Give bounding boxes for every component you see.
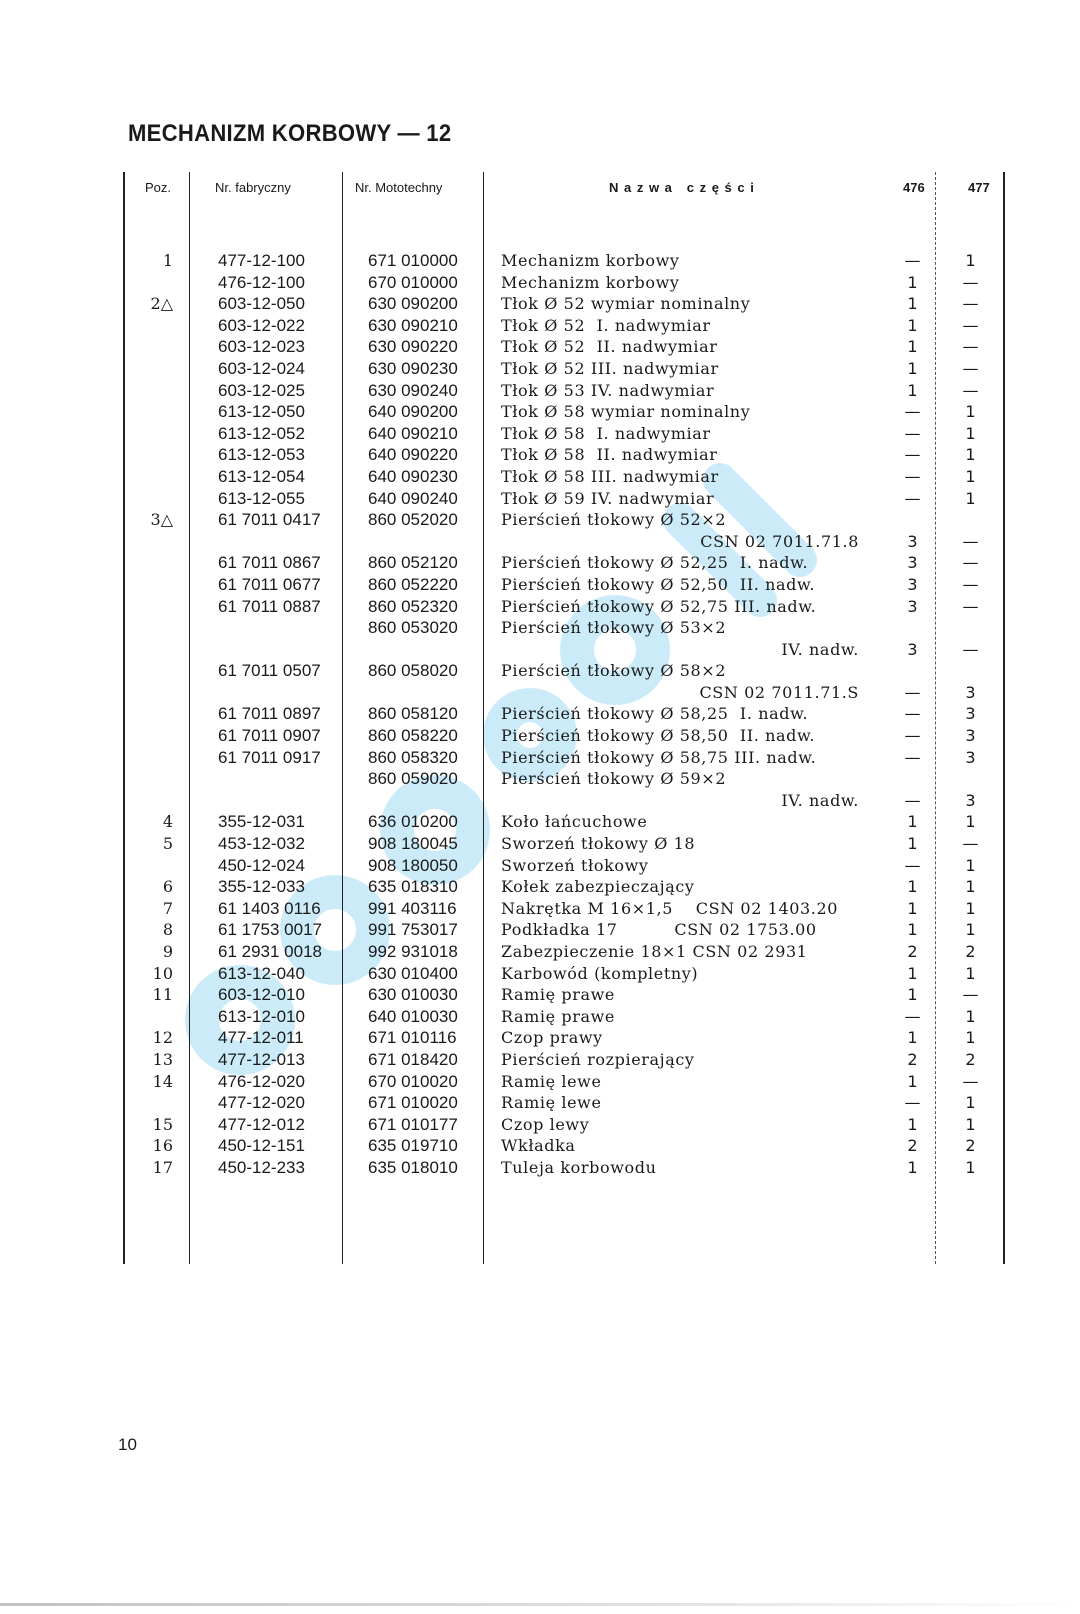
parts-table: Poz. Nr. fabryczny Nr. Mototechny N a z … [123, 172, 1005, 1264]
table-row: 761 1403 0116991 403116Nakrętka M 16×1,5… [123, 898, 1005, 920]
table-row: 4355-12-031636 010200Koło łańcuchowe11 [123, 811, 1005, 833]
cell-nr-fabryczny: 603-12-010 [218, 984, 305, 1006]
cell-qty-476: 3 [895, 574, 930, 596]
cell-nr-fabryczny: 355-12-031 [218, 811, 305, 833]
cell-qty-476: — [895, 682, 930, 704]
cell-qty-476: 2 [895, 1135, 930, 1157]
cell-poz: 1 [123, 250, 173, 272]
cell-nr-mototechny: 635 018010 [368, 1157, 458, 1179]
cell-qty-476: 1 [895, 1114, 930, 1136]
cell-qty-476: 1 [895, 833, 930, 855]
cell-qty-477: 1 [953, 423, 988, 445]
table-row: 16450-12-151635 019710Wkładka22 [123, 1135, 1005, 1157]
cell-nr-mototechny: 860 058020 [368, 660, 458, 682]
cell-qty-477: 1 [953, 919, 988, 941]
cell-nr-mototechny: 860 053020 [368, 617, 458, 639]
cell-qty-477: 3 [953, 747, 988, 769]
table-row: 13477-12-013671 018420Pierścień rozpiera… [123, 1049, 1005, 1071]
cell-nazwa: Pierścień tłokowy Ø 53×2 [501, 617, 726, 639]
cell-nazwa: Tłok Ø 58 II. nadwymiar [501, 444, 718, 466]
cell-nr-mototechny: 630 010400 [368, 963, 458, 985]
cell-qty-477: — [953, 574, 988, 596]
cell-nr-mototechny: 630 090220 [368, 336, 458, 358]
cell-nazwa: Tłok Ø 59 IV. nadwymiar [501, 488, 714, 510]
cell-poz: 3△ [123, 509, 173, 531]
cell-nr-fabryczny: 613-12-054 [218, 466, 305, 488]
cell-nazwa: Pierścień tłokowy Ø 52,50 II. nadw. [501, 574, 815, 596]
cell-nr-fabryczny: 613-12-010 [218, 1006, 305, 1028]
cell-nr-fabryczny: 453-12-032 [218, 833, 305, 855]
cell-nr-mototechny: 991 753017 [368, 919, 458, 941]
cell-qty-477: — [953, 596, 988, 618]
cell-nazwa: Ramię lewe [501, 1092, 602, 1114]
cell-nr-mototechny: 670 010020 [368, 1071, 458, 1093]
table-row: 613-12-050640 090200Tłok Ø 58 wymiar nom… [123, 401, 1005, 423]
cell-qty-476: — [895, 855, 930, 877]
table-row: 476-12-100670 010000Mechanizm korbowy1— [123, 272, 1005, 294]
cell-nr-mototechny: 991 403116 [368, 898, 457, 920]
cell-nazwa: Nakrętka M 16×1,5 CSN 02 1403.20 [501, 898, 838, 920]
cell-nazwa: Pierścień tłokowy Ø 58,75 III. nadw. [501, 747, 816, 769]
cell-nr-fabryczny: 477-12-013 [218, 1049, 305, 1071]
cell-qty-477: — [953, 833, 988, 855]
cell-qty-477: 3 [953, 703, 988, 725]
cell-nazwa: Sworzeń tłokowy Ø 18 [501, 833, 695, 855]
cell-nazwa: Pierścień tłokowy Ø 52×2 [501, 509, 726, 531]
cell-nazwa: Koło łańcuchowe [501, 811, 647, 833]
cell-qty-476: — [895, 703, 930, 725]
cell-nr-mototechny: 860 052220 [368, 574, 458, 596]
cell-qty-476: 1 [895, 272, 930, 294]
cell-nr-fabryczny: 61 2931 0018 [218, 941, 322, 963]
scan-edge [0, 1603, 1080, 1606]
cell-poz: 16 [123, 1135, 173, 1157]
cell-nr-fabryczny: 61 7011 0507 [218, 660, 321, 682]
cell-nr-fabryczny: 61 7011 0677 [218, 574, 321, 596]
cell-nazwa: Tłok Ø 58 I. nadwymiar [501, 423, 711, 445]
cell-qty-477: — [953, 639, 988, 661]
table-row: IV. nadw.3— [123, 639, 1005, 661]
cell-nazwa: CSN 02 7011.71.S [699, 682, 859, 704]
cell-poz: 14 [123, 1071, 173, 1093]
table-row: 15477-12-012671 010177Czop lewy11 [123, 1114, 1005, 1136]
table-row: 61 7011 0907860 058220Pierścień tłokowy … [123, 725, 1005, 747]
table-row: CSN 02 7011.71.S—3 [123, 682, 1005, 704]
cell-qty-476: 1 [895, 876, 930, 898]
cell-qty-477: 3 [953, 790, 988, 812]
cell-nr-mototechny: 640 090210 [368, 423, 458, 445]
cell-nazwa: CSN 02 7011.71.8 [700, 531, 859, 553]
cell-nazwa: Tłok Ø 52 III. nadwymiar [501, 358, 719, 380]
cell-poz: 11 [123, 984, 173, 1006]
cell-nazwa: Tłok Ø 53 IV. nadwymiar [501, 380, 714, 402]
page-number: 10 [118, 1435, 137, 1455]
cell-qty-477: 1 [953, 250, 988, 272]
cell-nazwa: Pierścień tłokowy Ø 58,25 I. nadw. [501, 703, 808, 725]
cell-nr-fabryczny: 603-12-022 [218, 315, 305, 337]
table-row: 1477-12-100671 010000Mechanizm korbowy—1 [123, 250, 1005, 272]
cell-nr-mototechny: 635 019710 [368, 1135, 458, 1157]
cell-poz: 17 [123, 1157, 173, 1179]
table-row: 61 7011 0507860 058020Pierścień tłokowy … [123, 660, 1005, 682]
cell-qty-477: 1 [953, 898, 988, 920]
cell-poz: 2△ [123, 293, 173, 315]
cell-qty-476: 1 [895, 984, 930, 1006]
cell-nr-fabryczny: 477-12-020 [218, 1092, 305, 1114]
cell-nr-mototechny: 860 058320 [368, 747, 458, 769]
cell-qty-476: 3 [895, 531, 930, 553]
cell-qty-476: — [895, 725, 930, 747]
cell-qty-477: 1 [953, 1114, 988, 1136]
cell-qty-476: 3 [895, 639, 930, 661]
cell-nr-mototechny: 630 090230 [368, 358, 458, 380]
cell-qty-477: 1 [953, 1157, 988, 1179]
cell-nr-fabryczny: 477-12-011 [218, 1027, 304, 1049]
cell-nazwa: Tłok Ø 52 II. nadwymiar [501, 336, 718, 358]
cell-qty-477: — [953, 358, 988, 380]
cell-nazwa: IV. nadw. [781, 639, 859, 661]
cell-qty-477: 1 [953, 488, 988, 510]
cell-nr-fabryczny: 61 1403 0116 [218, 898, 321, 920]
header-nr-fabryczny: Nr. fabryczny [215, 180, 291, 195]
cell-nazwa: Czop lewy [501, 1114, 589, 1136]
header-poz: Poz. [145, 180, 171, 195]
cell-qty-476: 1 [895, 380, 930, 402]
cell-nr-fabryczny: 477-12-100 [218, 250, 305, 272]
cell-nazwa: IV. nadw. [781, 790, 859, 812]
cell-qty-476: 1 [895, 811, 930, 833]
cell-nr-mototechny: 630 090210 [368, 315, 458, 337]
cell-nazwa: Pierścień rozpierający [501, 1049, 695, 1071]
cell-nr-fabryczny: 450-12-233 [218, 1157, 305, 1179]
cell-nazwa: Tuleja korbowodu [501, 1157, 656, 1179]
header-nr-mototechny: Nr. Mototechny [355, 180, 442, 195]
table-row: 861 1753 0017991 753017Podkładka 17 CSN … [123, 919, 1005, 941]
cell-nr-fabryczny: 450-12-024 [218, 855, 305, 877]
cell-nazwa: Ramię prawe [501, 984, 615, 1006]
cell-qty-477: 1 [953, 855, 988, 877]
cell-nr-mototechny: 671 018420 [368, 1049, 458, 1071]
table-row: 613-12-054640 090230Tłok Ø 58 III. nadwy… [123, 466, 1005, 488]
cell-nazwa: Ramię lewe [501, 1071, 602, 1093]
cell-nr-fabryczny: 476-12-020 [218, 1071, 305, 1093]
cell-qty-477: 3 [953, 725, 988, 747]
cell-nr-mototechny: 670 010000 [368, 272, 458, 294]
cell-nazwa: Tłok Ø 58 III. nadwymiar [501, 466, 719, 488]
cell-nr-mototechny: 860 052020 [368, 509, 458, 531]
cell-qty-476: 2 [895, 1049, 930, 1071]
cell-nr-fabryczny: 450-12-151 [218, 1135, 305, 1157]
table-row: 6355-12-033635 018310Kołek zabezpieczają… [123, 876, 1005, 898]
cell-qty-477: — [953, 984, 988, 1006]
cell-nr-fabryczny: 613-12-050 [218, 401, 305, 423]
cell-qty-476: 1 [895, 315, 930, 337]
cell-nr-mototechny: 671 010000 [368, 250, 458, 272]
cell-qty-476: 2 [895, 941, 930, 963]
cell-poz: 12 [123, 1027, 173, 1049]
cell-qty-476: — [895, 466, 930, 488]
cell-qty-477: 2 [953, 941, 988, 963]
cell-qty-477: 2 [953, 1049, 988, 1071]
cell-nr-fabryczny: 476-12-100 [218, 272, 305, 294]
cell-qty-477: — [953, 531, 988, 553]
cell-qty-476: 1 [895, 898, 930, 920]
cell-qty-477: — [953, 552, 988, 574]
cell-poz: 4 [123, 811, 173, 833]
header-nazwa-czesci: N a z w a c z ę ś c i [609, 180, 755, 195]
cell-nr-mototechny: 636 010200 [368, 811, 458, 833]
cell-qty-476: — [895, 444, 930, 466]
cell-qty-477: 1 [953, 1092, 988, 1114]
cell-qty-477: 1 [953, 811, 988, 833]
cell-nazwa: Pierścień tłokowy Ø 58,50 II. nadw. [501, 725, 815, 747]
cell-poz: 6 [123, 876, 173, 898]
cell-qty-477: 1 [953, 1027, 988, 1049]
cell-nr-mototechny: 630 090200 [368, 293, 458, 315]
cell-nazwa: Kołek zabezpieczający [501, 876, 695, 898]
page-title: MECHANIZM KORBOWY — 12 [128, 120, 451, 148]
table-row: 603-12-023630 090220Tłok Ø 52 II. nadwym… [123, 336, 1005, 358]
table-row: 450-12-024908 180050Sworzeń tłokowy—1 [123, 855, 1005, 877]
cell-nr-fabryczny: 61 7011 0917 [218, 747, 321, 769]
cell-nr-fabryczny: 603-12-025 [218, 380, 305, 402]
cell-qty-476: — [895, 250, 930, 272]
cell-nr-fabryczny: 61 7011 0897 [218, 703, 321, 725]
cell-nr-mototechny: 630 090240 [368, 380, 458, 402]
cell-nr-mototechny: 860 052320 [368, 596, 458, 618]
cell-qty-477: — [953, 380, 988, 402]
cell-qty-477: 1 [953, 444, 988, 466]
cell-nr-mototechny: 860 052120 [368, 552, 458, 574]
cell-nr-mototechny: 640 090240 [368, 488, 458, 510]
cell-poz: 7 [123, 898, 173, 920]
header-477: 477 [968, 180, 990, 195]
cell-qty-476: 3 [895, 552, 930, 574]
cell-nazwa: Zabezpieczenie 18×1 CSN 02 2931 [501, 941, 808, 963]
cell-qty-477: 2 [953, 1135, 988, 1157]
cell-poz: 15 [123, 1114, 173, 1136]
table-row: 61 7011 0887860 052320Pierścień tłokowy … [123, 596, 1005, 618]
table-row: 613-12-053640 090220Tłok Ø 58 II. nadwym… [123, 444, 1005, 466]
cell-nr-mototechny: 992 931018 [368, 941, 458, 963]
cell-nr-mototechny: 860 059020 [368, 768, 458, 790]
table-row: 61 7011 0867860 052120Pierścień tłokowy … [123, 552, 1005, 574]
cell-qty-477: — [953, 315, 988, 337]
table-row: 613-12-010640 010030Ramię prawe—1 [123, 1006, 1005, 1028]
cell-nr-fabryczny: 61 7011 0887 [218, 596, 321, 618]
table-row: 603-12-025630 090240Tłok Ø 53 IV. nadwym… [123, 380, 1005, 402]
cell-nr-fabryczny: 61 7011 0867 [218, 552, 321, 574]
cell-nazwa: Tłok Ø 52 I. nadwymiar [501, 315, 711, 337]
cell-qty-477: — [953, 336, 988, 358]
table-body: 1477-12-100671 010000Mechanizm korbowy—1… [123, 250, 1005, 1179]
cell-qty-476: 1 [895, 358, 930, 380]
cell-poz: 8 [123, 919, 173, 941]
cell-nazwa: Tłok Ø 52 wymiar nominalny [501, 293, 750, 315]
cell-nr-fabryczny: 603-12-050 [218, 293, 305, 315]
table-row: 860 059020Pierścień tłokowy Ø 59×2 [123, 768, 1005, 790]
table-row: 961 2931 0018992 931018Zabezpieczenie 18… [123, 941, 1005, 963]
table-row: 603-12-024630 090230Tłok Ø 52 III. nadwy… [123, 358, 1005, 380]
cell-qty-476: — [895, 488, 930, 510]
cell-poz: 13 [123, 1049, 173, 1071]
cell-qty-477: — [953, 1071, 988, 1093]
cell-nr-mototechny: 671 010177 [368, 1114, 458, 1136]
cell-qty-477: 1 [953, 466, 988, 488]
table-row: 3△61 7011 0417860 052020Pierścień tłokow… [123, 509, 1005, 531]
cell-nr-mototechny: 908 180050 [368, 855, 458, 877]
cell-qty-476: 3 [895, 596, 930, 618]
cell-nr-fabryczny: 603-12-024 [218, 358, 305, 380]
table-row: 14476-12-020670 010020Ramię lewe1— [123, 1071, 1005, 1093]
cell-poz: 10 [123, 963, 173, 985]
cell-nazwa: Mechanizm korbowy [501, 272, 680, 294]
cell-nazwa: Ramię prawe [501, 1006, 615, 1028]
cell-nr-mototechny: 908 180045 [368, 833, 458, 855]
cell-nr-fabryczny: 613-12-055 [218, 488, 305, 510]
cell-qty-477: 1 [953, 876, 988, 898]
cell-nr-fabryczny: 477-12-012 [218, 1114, 305, 1136]
cell-nr-fabryczny: 61 1753 0017 [218, 919, 322, 941]
cell-qty-477: — [953, 293, 988, 315]
cell-qty-476: — [895, 1006, 930, 1028]
cell-nr-fabryczny: 61 7011 0417 [218, 509, 321, 531]
cell-nr-mototechny: 860 058220 [368, 725, 458, 747]
table-row: IV. nadw.—3 [123, 790, 1005, 812]
cell-qty-476: — [895, 1092, 930, 1114]
cell-nr-mototechny: 640 090230 [368, 466, 458, 488]
cell-qty-477: 1 [953, 401, 988, 423]
table-row: 12477-12-011671 010116Czop prawy11 [123, 1027, 1005, 1049]
cell-nr-mototechny: 640 090200 [368, 401, 458, 423]
cell-poz: 9 [123, 941, 173, 963]
cell-nr-fabryczny: 613-12-052 [218, 423, 305, 445]
cell-nr-mototechny: 635 018310 [368, 876, 458, 898]
table-row: 603-12-022630 090210Tłok Ø 52 I. nadwymi… [123, 315, 1005, 337]
cell-qty-476: 1 [895, 919, 930, 941]
cell-qty-476: — [895, 401, 930, 423]
cell-nazwa: Karbowód (kompletny) [501, 963, 698, 985]
cell-nr-mototechny: 671 010020 [368, 1092, 458, 1114]
cell-nazwa: Tłok Ø 58 wymiar nominalny [501, 401, 750, 423]
table-row: 477-12-020671 010020Ramię lewe—1 [123, 1092, 1005, 1114]
cell-nr-mototechny: 860 058120 [368, 703, 458, 725]
cell-qty-476: 1 [895, 1071, 930, 1093]
table-row: CSN 02 7011.71.83— [123, 531, 1005, 553]
cell-nazwa: Sworzeń tłokowy [501, 855, 649, 877]
cell-qty-476: 1 [895, 1157, 930, 1179]
table-row: 613-12-052640 090210Tłok Ø 58 I. nadwymi… [123, 423, 1005, 445]
table-row: 61 7011 0917860 058320Pierścień tłokowy … [123, 747, 1005, 769]
cell-poz: 5 [123, 833, 173, 855]
cell-qty-476: — [895, 747, 930, 769]
cell-nr-mototechny: 671 010116 [368, 1027, 457, 1049]
cell-qty-476: — [895, 423, 930, 445]
cell-nazwa: Podkładka 17 CSN 02 1753.00 [501, 919, 817, 941]
cell-nr-fabryczny: 355-12-033 [218, 876, 305, 898]
table-row: 17450-12-233635 018010Tuleja korbowodu11 [123, 1157, 1005, 1179]
cell-qty-477: 1 [953, 1006, 988, 1028]
cell-nazwa: Pierścień tłokowy Ø 52,75 III. nadw. [501, 596, 816, 618]
cell-nazwa: Czop prawy [501, 1027, 603, 1049]
cell-nr-mototechny: 630 010030 [368, 984, 458, 1006]
cell-qty-476: 1 [895, 336, 930, 358]
cell-nazwa: Mechanizm korbowy [501, 250, 680, 272]
table-row: 5453-12-032908 180045Sworzeń tłokowy Ø 1… [123, 833, 1005, 855]
cell-nazwa: Pierścień tłokowy Ø 59×2 [501, 768, 726, 790]
table-row: 11603-12-010630 010030Ramię prawe1— [123, 984, 1005, 1006]
cell-nr-fabryczny: 61 7011 0907 [218, 725, 321, 747]
cell-nr-mototechny: 640 010030 [368, 1006, 458, 1028]
cell-qty-477: — [953, 272, 988, 294]
cell-nazwa: Pierścień tłokowy Ø 52,25 I. nadw. [501, 552, 808, 574]
cell-qty-476: 1 [895, 1027, 930, 1049]
cell-qty-477: 3 [953, 682, 988, 704]
table-row: 61 7011 0897860 058120Pierścień tłokowy … [123, 703, 1005, 725]
cell-nazwa: Wkładka [501, 1135, 576, 1157]
cell-nr-mototechny: 640 090220 [368, 444, 458, 466]
cell-nr-fabryczny: 613-12-040 [218, 963, 305, 985]
cell-qty-477: 1 [953, 963, 988, 985]
cell-qty-476: 1 [895, 293, 930, 315]
table-row: 2△603-12-050630 090200Tłok Ø 52 wymiar n… [123, 293, 1005, 315]
cell-nr-fabryczny: 613-12-053 [218, 444, 305, 466]
cell-nazwa: Pierścień tłokowy Ø 58×2 [501, 660, 726, 682]
header-476: 476 [903, 180, 925, 195]
table-row: 10613-12-040630 010400Karbowód (kompletn… [123, 963, 1005, 985]
cell-qty-476: 1 [895, 963, 930, 985]
table-row: 61 7011 0677860 052220Pierścień tłokowy … [123, 574, 1005, 596]
cell-qty-476: — [895, 790, 930, 812]
cell-nr-fabryczny: 603-12-023 [218, 336, 305, 358]
table-row: 860 053020Pierścień tłokowy Ø 53×2 [123, 617, 1005, 639]
table-row: 613-12-055640 090240Tłok Ø 59 IV. nadwym… [123, 488, 1005, 510]
